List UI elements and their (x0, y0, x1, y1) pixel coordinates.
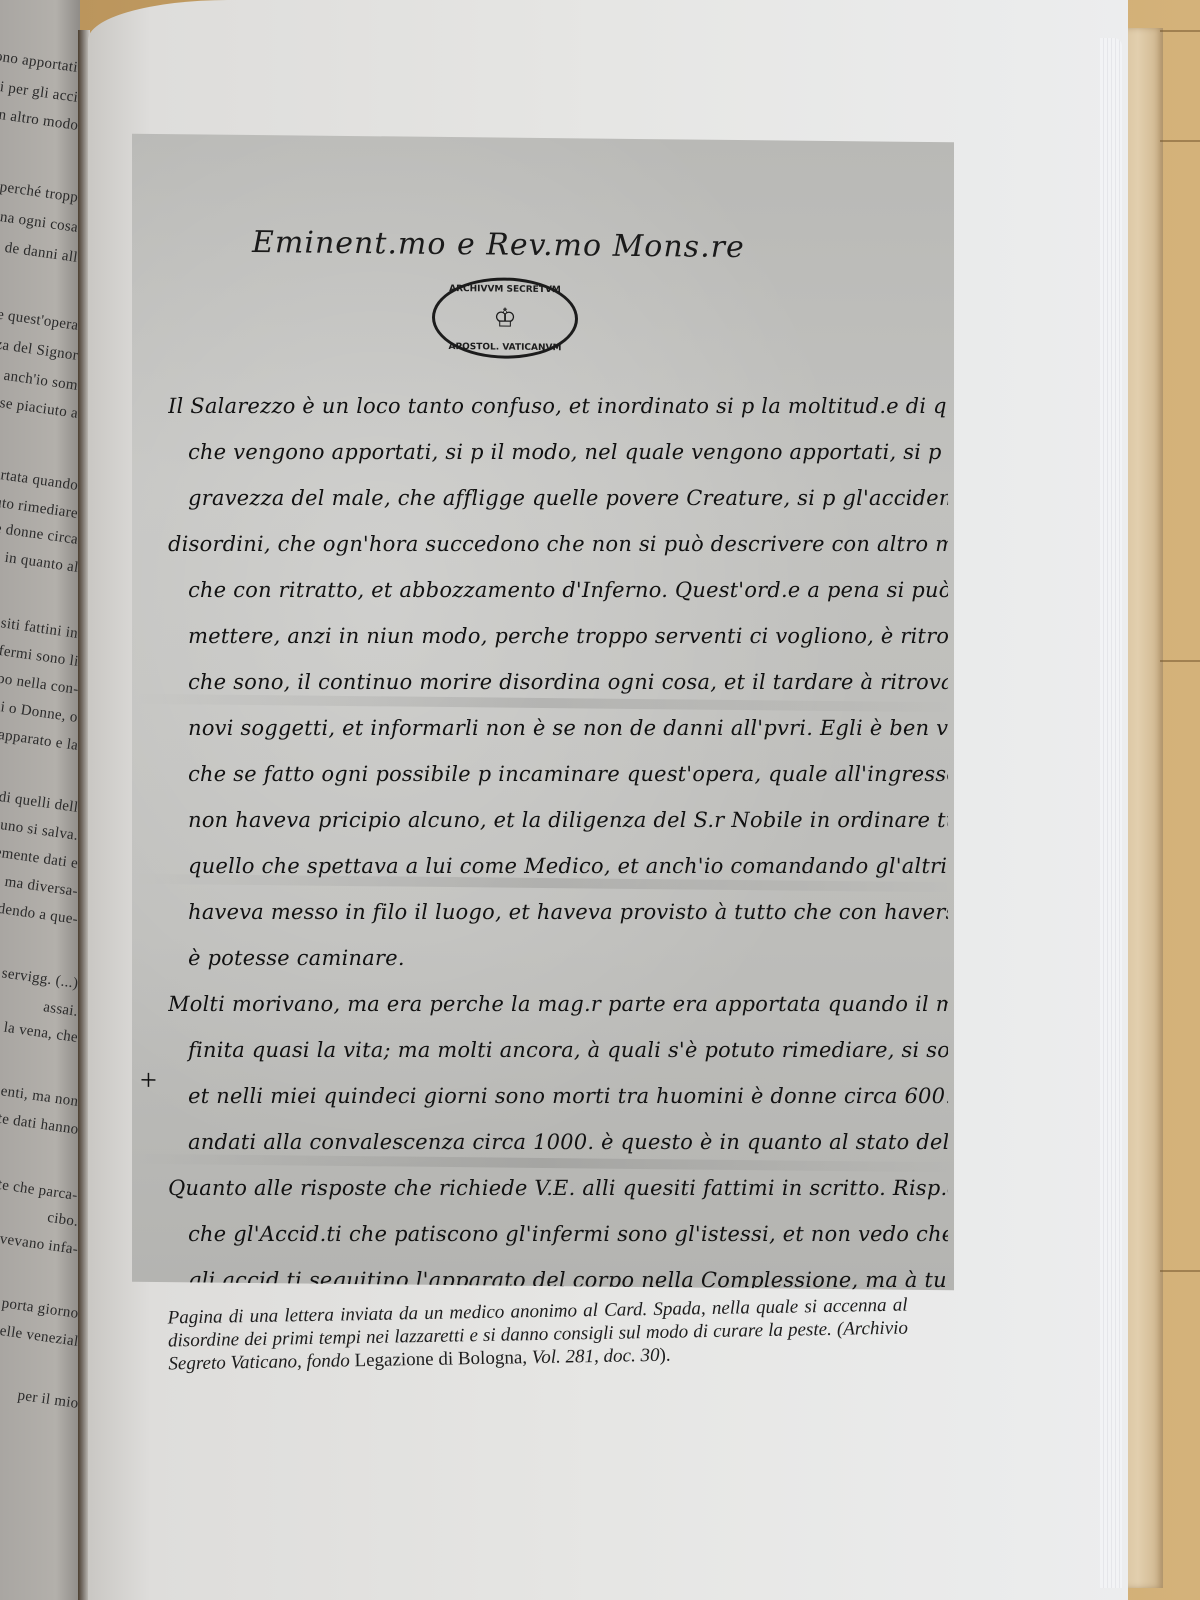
manuscript-line: che se fatto ogni possibile p incaminare… (168, 751, 948, 797)
manuscript-line: è potesse caminare. (168, 935, 948, 981)
manuscript-text: Il Salarezzo è un loco tanto confuso, et… (168, 379, 948, 1290)
manuscript-line: non haveva pricipio alcuno, et la dilige… (168, 797, 948, 843)
left-page-text-fragment: ndendo a que- (0, 900, 79, 929)
board-seam (1160, 30, 1200, 32)
stamp-bottom-text: APOSTOL. VATICANVM (435, 342, 575, 353)
caption-text-legazione: Legazione di Bologna, (350, 1347, 532, 1371)
manuscript-line: andati alla convalescenza circa 1000. è … (168, 1119, 948, 1165)
left-page-text-fragment: enti, ma non (0, 1083, 79, 1111)
left-page-text-fragment: nza del Signor (0, 335, 79, 364)
manuscript-line: haveva messo in filo il luogo, et haveva… (168, 889, 948, 935)
left-page-text-fragment: re quest'opera (0, 306, 79, 335)
manuscript-line: Il Salarezzo è un loco tanto confuso, et… (168, 383, 948, 429)
left-page-text-fragment: rpo nella con- (0, 670, 79, 699)
left-page-text-fragment: sono apportati (0, 48, 79, 77)
manuscript-line: mettere, anzi in niun modo, perche tropp… (168, 613, 948, 659)
left-page-text-fragment: tuto rimediare (0, 494, 79, 523)
left-page-text-fragment: l'apparato e la (0, 726, 79, 755)
caption-text-fondo: fondo (306, 1350, 350, 1372)
left-page-text-fragment: ortata quando (0, 466, 79, 495)
left-page-text-fragment: ma diversa- (4, 874, 79, 901)
left-page-text-fragment: te che parca- (0, 1177, 79, 1205)
manuscript-line: che con ritratto, et abbozzamento d'Infe… (168, 567, 948, 613)
figure-caption: Pagina di una lettera inviata da un medi… (167, 1294, 908, 1376)
left-page-text-fragment: anch'io som (3, 368, 79, 395)
manuscript-line: che vengono apportati, si p il modo, nel… (168, 429, 948, 475)
manuscript-line: Molti morivano, ma era perche la mag.r p… (168, 981, 948, 1027)
left-page-text-fragment: te dati hanno (0, 1111, 79, 1139)
left-page: sono apportatisi per gli accion altro mo… (0, 0, 80, 1600)
manuscript-line: et nelli miei quindeci giorni sono morti… (168, 1073, 948, 1119)
left-page-text-fragment: la vena, che (3, 1020, 79, 1047)
left-page-text-fragment: siti fattini in (0, 615, 79, 643)
left-page-text-fragment: e donne circa (0, 520, 79, 549)
left-page-text-fragment: on altro modo (0, 106, 79, 135)
left-page-text-fragment: dina ogni cosa (0, 207, 79, 236)
manuscript-line: Quanto alle risposte che richiede V.E. a… (168, 1165, 948, 1211)
left-page-text-fragment: emente dati e (0, 844, 79, 873)
left-page-text-fragment: servigg. (...) (0, 965, 79, 993)
left-page-text-fragment: si per gli acci (0, 78, 79, 107)
left-page-text-fragment: de danni all (4, 240, 79, 267)
manuscript-line: che gl'Accid.ti che patiscono gl'infermi… (168, 1211, 948, 1257)
papal-tiara-keys-icon: ♔ (493, 305, 516, 331)
board-seam (1160, 660, 1200, 662)
manuscript-line: novi soggetti, et informarli non è se no… (168, 705, 948, 751)
left-page-text-fragment: nfermi sono li (0, 642, 79, 671)
stamp-top-text: ARCHIVVM SECRETVM (435, 284, 575, 295)
manuscript-line: quello che spettava a lui come Medico, e… (168, 843, 948, 889)
left-page-text-fragment: elle venezial (0, 1323, 79, 1351)
caption-text-end: ). (659, 1345, 670, 1366)
left-page-text-fragment: ase piaciuto a (0, 394, 79, 423)
left-page-text-fragment: porta giorno (0, 1295, 79, 1323)
left-page-text-fragment: cibo. (46, 1210, 79, 1231)
left-page-text-fragment: evevano infa- (0, 1230, 79, 1259)
board-seam (1160, 1270, 1200, 1272)
manuscript-line: finita quasi la vita; ma molti ancora, à… (168, 1027, 948, 1073)
left-page-text-fragment: di quelli dell (0, 789, 79, 817)
page-stack-edge (1100, 38, 1122, 1588)
caption-text-volume: Vol. 281, doc. 30 (532, 1345, 660, 1368)
left-page-text-fragment: assai. (42, 999, 79, 1021)
left-page-text-fragment: iuno si salva. (0, 817, 79, 845)
left-page-text-fragment: perché tropp (0, 179, 79, 207)
manuscript-line: disordini, che ogn'hora succedono che no… (168, 521, 948, 567)
left-page-text-fragment: in quanto al (3, 550, 79, 577)
manuscript-salutation: Eminent.mo e Rev.mo Mons.re (252, 225, 745, 265)
manuscript-line: gravezza del male, che affligge quelle p… (168, 475, 948, 521)
left-page-text-fragment: ni o Donne, o (0, 698, 79, 727)
board-seam (1160, 140, 1200, 142)
manuscript-plate: Eminent.mo e Rev.mo Mons.re ARCHIVVM SEC… (132, 134, 954, 1291)
archive-stamp: ARCHIVVM SECRETVM ♔ APOSTOL. VATICANVM (432, 277, 578, 360)
margin-cross-mark: + (140, 1064, 157, 1098)
left-page-text-fragment: per il mio (16, 1388, 79, 1413)
manuscript-line: che sono, il continuo morire disordina o… (168, 659, 948, 705)
